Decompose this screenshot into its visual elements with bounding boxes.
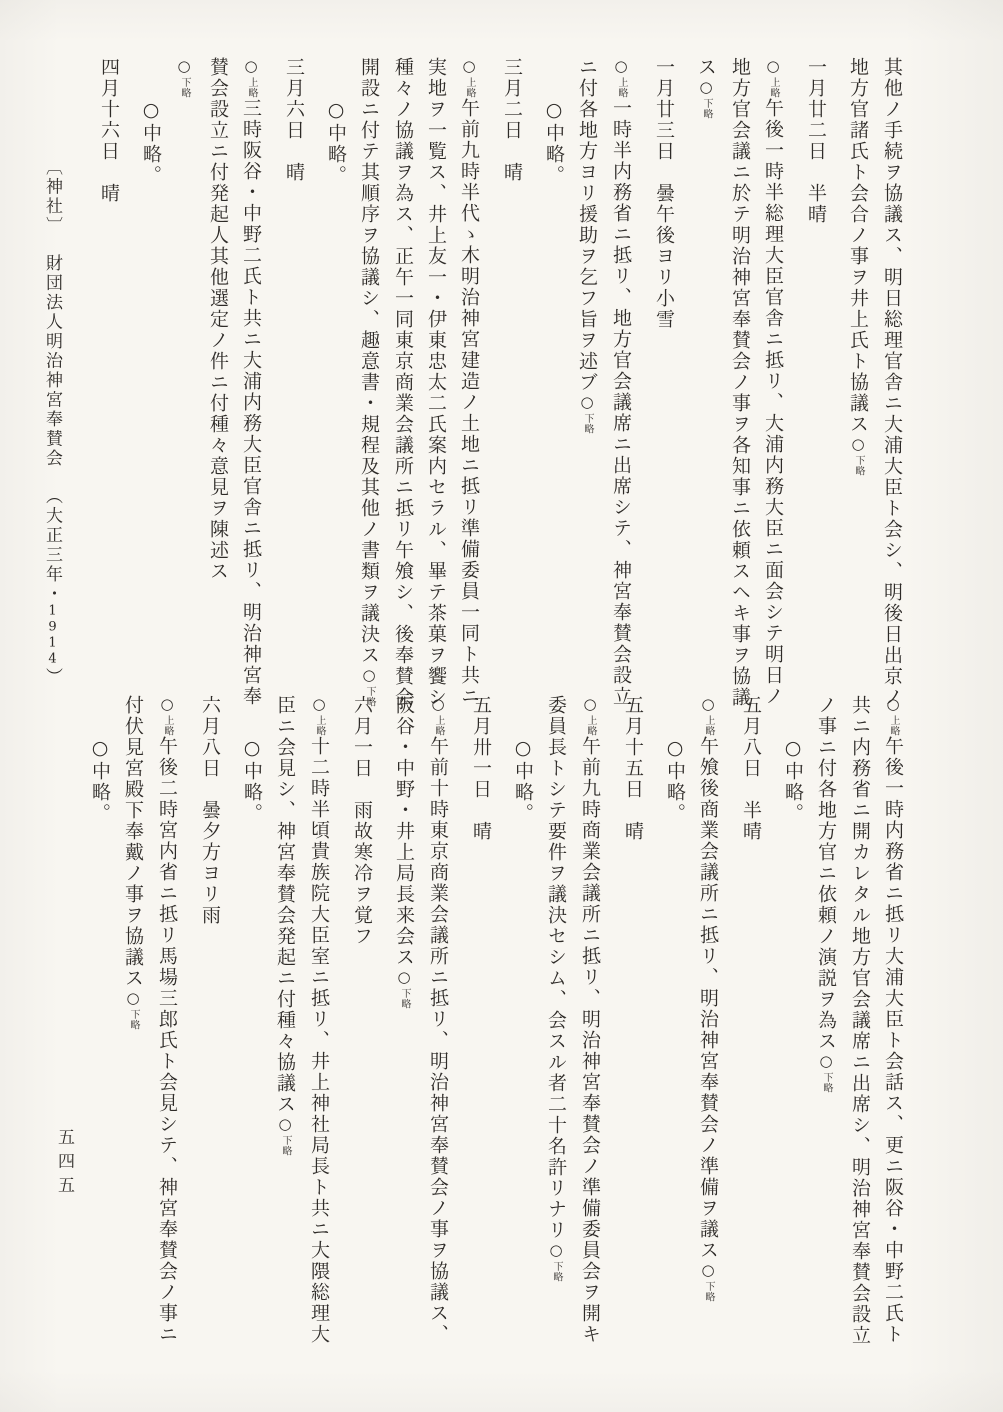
omission-marker: ○ [175, 57, 193, 77]
omission-column: ○中略。 [319, 57, 352, 699]
omission-note: 下略 [128, 1009, 139, 1030]
omission-marker: ○ [395, 968, 413, 988]
omission-marker: ○ [276, 1115, 294, 1135]
omission-marker: ○ [581, 695, 599, 715]
omission-column: ○中略。 [235, 695, 268, 1337]
journal-entry-column: 阪谷・中野・井上局長来会ス○下略 [387, 695, 421, 1337]
omission-note: 下略 [399, 988, 410, 1009]
omission-note: 上略 [616, 77, 627, 98]
omission-note: 下略 [179, 77, 190, 98]
text-segment: 三時阪谷・中野二氏ト共ニ大浦内務大臣官舎ニ抵リ、明治神宮奉 [240, 98, 262, 707]
date-column: 六月八日 曇夕方ヨリ雨 [193, 695, 226, 1337]
text-segment: 〔神社〕 [42, 158, 62, 236]
omission-note: 下略 [853, 455, 864, 476]
omission-marker: ○ [849, 435, 867, 455]
journal-entry-column: ○上略午前十時東京商業会議所ニ抵リ、明治神宮奉賛会ノ事ヲ協議ス、 [421, 695, 455, 1337]
text-segment: 共ニ内務省ニ開カレタル地方官会議席ニ出席シ、明治神宮奉賛会設立 [849, 695, 871, 1346]
journal-entry-column: ○上略十二時半頃貴族院大臣室ニ抵リ、井上神社局長ト共ニ大隈総理大 [302, 695, 336, 1337]
text-segment: 午前十時東京商業会議所ニ抵リ、明治神宮奉賛会ノ事ヲ協議ス、 [427, 736, 449, 1345]
journal-entry-column: 委員長トシテ要件ヲ議決セシム、会スル者二十名許リナリ○下略 [539, 695, 573, 1337]
omission-note: 上略 [314, 715, 325, 736]
omission-marker: ○ [697, 78, 715, 98]
journal-entry-column: 地方官諸氏ト会合ノ事ヲ井上氏ト協議ス○下略 [841, 57, 875, 699]
text-segment: 四月十六日 晴 [98, 57, 120, 204]
omission-marker: ○ [310, 695, 328, 715]
text-segment: ノ事ニ付各地方官ニ依頼ノ演説ヲ為ス [815, 695, 837, 1052]
omission-note: 上略 [585, 715, 596, 736]
text-segment: 財団法人明治神宮奉賛会 [42, 254, 62, 469]
text-segment: 付伏見宮殿下奉戴ノ事ヲ協議ス [122, 695, 144, 989]
date-column: 六月一日 雨故寒冷ヲ覚フ [345, 695, 378, 1337]
text-segment: ○中略。 [543, 99, 565, 186]
omission-marker: ○ [124, 989, 142, 1009]
text-segment: 十二時半頃貴族院大臣室ニ抵リ、井上神社局長ト共ニ大隈総理大 [308, 736, 330, 1345]
journal-entry-column: ニ付各地方ヨリ援助ヲ乞フ旨ヲ述ブ○下略 [570, 57, 604, 699]
journal-entry-column: 種々ノ協議ヲ為ス、正午一同東京商業会議所ニ抵リ午飧シ、後奉賛会 [386, 57, 419, 699]
omission-note: 下略 [582, 413, 593, 434]
omission-column: ○中略。 [134, 57, 167, 699]
top-text-band: 其他ノ手続ヲ協議ス、明日総理官舎ニ大浦大臣ト会シ、明後日出京ノ地方官諸氏ト会合ノ… [83, 57, 908, 699]
text-segment: 三月六日 晴 [283, 57, 305, 183]
text-segment: 其他ノ手続ヲ協議ス、明日総理官舎ニ大浦大臣ト会シ、明後日出京ノ [881, 57, 903, 708]
journal-entry-column: ○上略三時阪谷・中野二氏ト共ニ大浦内務大臣官舎ニ抵リ、明治神宮奉 [234, 57, 268, 699]
journal-entry-column: 開設ニ付テ其順序ヲ協議シ、趣意書・規程及其他ノ書類ヲ議決ス○下略 [352, 57, 386, 699]
page-number: 五四五 [52, 1128, 77, 1200]
omission-marker: ○ [699, 1261, 717, 1281]
journal-entry-column: 臣ニ会見シ、神宮奉賛会発起ニ付種々協議ス○下略 [268, 695, 302, 1337]
journal-entry-column: 実地ヲ一覧ス、井上友一・伊東忠太二氏案内セラル、畢テ茶菓ヲ饗シ [419, 57, 452, 699]
text-segment: 実地ヲ一覧ス、井上友一・伊東忠太二氏案内セラル、畢テ茶菓ヲ饗シ [425, 57, 447, 708]
omission-marker: ○ [360, 666, 378, 686]
date-column: 一月廿三日 曇午後ヨリ小雪 [647, 57, 680, 699]
omission-column: ○中略。 [83, 695, 116, 1337]
omission-marker: ○ [699, 695, 717, 715]
omission-marker: ○ [242, 57, 260, 77]
journal-entry-column: 其他ノ手続ヲ協議ス、明日総理官舎ニ大浦大臣ト会シ、明後日出京ノ [875, 57, 908, 699]
text-segment: ○中略。 [241, 737, 263, 824]
text-segment: ） [42, 668, 62, 688]
omission-note: 上略 [433, 715, 444, 736]
text-segment: 種々ノ協議ヲ為ス、正午一同東京商業会議所ニ抵リ午飧シ、後奉賛会 [392, 57, 414, 708]
text-segment: 一時半内務省ニ抵リ、地方官会議席ニ出席シテ、神宮奉賛会設立 [610, 98, 632, 707]
text-segment: 賛会設立ニ付発起人其他選定ノ件ニ付種々意見ヲ陳述ス [207, 57, 229, 582]
date-column: 五月十五日 晴 [616, 695, 649, 1337]
journal-entry-column: 地方官会議ニ於テ明治神宮奉賛会ノ事ヲ各知事ニ依頼スヘキ事ヲ協議 [723, 57, 756, 699]
omission-column: ○中略。 [776, 695, 809, 1337]
text-segment: 五月八日 半晴 [740, 695, 762, 842]
text-segment: 地方官諸氏ト会合ノ事ヲ井上氏ト協議ス [847, 57, 869, 435]
text-segment: ○中略。 [325, 99, 347, 186]
omission-note: 上略 [888, 715, 899, 736]
text-segment: （大正三年・ [42, 487, 62, 604]
omission-column: ○中略。 [506, 695, 539, 1337]
text-segment: 地方官会議ニ於テ明治神宮奉賛会ノ事ヲ各知事ニ依頼スヘキ事ヲ協議 [729, 57, 751, 708]
journal-entry-column: ○上略午前九時半代ゝ木明治神宮建造ノ土地ニ抵リ準備委員一同ト共ニ [452, 57, 486, 699]
journal-entry-column: ○上略午後一時内務省ニ抵リ大浦大臣ト会話ス、更ニ阪谷・中野二氏ト [876, 695, 910, 1337]
journal-entry-column: ○下略 [167, 57, 201, 699]
omission-marker: ○ [884, 695, 902, 715]
text-segment: ○中略。 [782, 737, 804, 824]
text-segment: 三月二日 晴 [501, 57, 523, 183]
omission-marker: ○ [612, 57, 630, 77]
journal-entry-column: ○上略一時半内務省ニ抵リ、地方官会議席ニ出席シテ、神宮奉賛会設立 [604, 57, 638, 699]
text-segment: ○中略。 [140, 99, 162, 186]
text-segment: 六月八日 曇夕方ヨリ雨 [199, 695, 221, 926]
omission-marker: ○ [578, 393, 596, 413]
date-column: 五月八日 半晴 [734, 695, 767, 1337]
omission-note: 上略 [162, 715, 173, 736]
journal-entry-column: ス○下略 [689, 57, 723, 699]
omission-marker: ○ [547, 1241, 565, 1261]
bottom-text-band: ○上略午後一時内務省ニ抵リ大浦大臣ト会話ス、更ニ阪谷・中野二氏ト共ニ内務省ニ開カ… [83, 695, 910, 1337]
text-segment: 臣ニ会見シ、神宮奉賛会発起ニ付種々協議ス [274, 695, 296, 1115]
text-segment: 一月廿三日 曇午後ヨリ小雪 [653, 57, 675, 330]
omission-note: 上略 [246, 77, 257, 98]
text-segment: ス [695, 57, 717, 78]
scanned-book-page: { "page": { "paper_color": "#f8f6f1", "i… [0, 0, 1003, 1412]
omission-note: 上略 [768, 77, 779, 98]
running-title: 〔神社〕財団法人明治神宮奉賛会（大正三年・1914） [40, 158, 65, 687]
date-column: 三月六日 晴 [277, 57, 310, 699]
date-column: 五月卅一日 晴 [464, 695, 497, 1337]
omission-note: 下略 [280, 1135, 291, 1156]
omission-column: ○中略。 [537, 57, 570, 699]
journal-entry-column: ○上略午後一時半総理大臣官舎ニ抵リ、大浦内務大臣ニ面会シテ明日ノ [756, 57, 790, 699]
omission-column: ○中略。 [658, 695, 691, 1337]
text-segment: 午前九時半代ゝ木明治神宮建造ノ土地ニ抵リ準備委員一同ト共ニ [458, 98, 480, 707]
journal-entry-column: 付伏見宮殿下奉戴ノ事ヲ協議ス○下略 [116, 695, 150, 1337]
text-segment: 午後一時半総理大臣官舎ニ抵リ、大浦内務大臣ニ面会シテ明日ノ [762, 98, 784, 707]
text-segment: 五月卅一日 晴 [470, 695, 492, 842]
text-segment: 一月廿二日 半晴 [805, 57, 827, 225]
text-segment: 六月一日 雨故寒冷ヲ覚フ [351, 695, 373, 947]
journal-entry-column: ○上略午飧後商業会議所ニ抵リ、明治神宮奉賛会ノ準備ヲ議ス○下略 [691, 695, 725, 1337]
text-segment: 委員長トシテ要件ヲ議決セシム、会スル者二十名許リナリ [545, 695, 567, 1241]
omission-note: 下略 [821, 1072, 832, 1093]
text-segment: ○中略。 [89, 737, 111, 824]
date-column: 三月二日 晴 [495, 57, 528, 699]
text-segment: 午前九時商業会議所ニ抵リ、明治神宮奉賛会ノ準備委員会ヲ開キ [579, 736, 601, 1345]
date-column: 一月廿二日 半晴 [799, 57, 832, 699]
omission-marker: ○ [158, 695, 176, 715]
text-segment: 五月十五日 晴 [622, 695, 644, 842]
omission-marker: ○ [460, 57, 478, 77]
omission-note: 上略 [703, 715, 714, 736]
text-segment: ニ付各地方ヨリ援助ヲ乞フ旨ヲ述ブ [576, 57, 598, 393]
omission-marker: ○ [429, 695, 447, 715]
omission-note: 上略 [464, 77, 475, 98]
text-segment: 午飧後商業会議所ニ抵リ、明治神宮奉賛会ノ準備ヲ議ス [697, 736, 719, 1261]
omission-note: 下略 [551, 1261, 562, 1282]
text-segment: 開設ニ付テ其順序ヲ協議シ、趣意書・規程及其他ノ書類ヲ議決ス [358, 57, 380, 666]
text-segment: 午後二時宮内省ニ抵リ馬場三郎氏ト会見シテ、神宮奉賛会ノ事ニ [156, 736, 178, 1345]
text-segment: 1914 [45, 604, 60, 668]
journal-entry-column: 共ニ内務省ニ開カレタル地方官会議席ニ出席シ、明治神宮奉賛会設立 [843, 695, 876, 1337]
journal-entry-column: ○上略午後二時宮内省ニ抵リ馬場三郎氏ト会見シテ、神宮奉賛会ノ事ニ [150, 695, 184, 1337]
text-segment: 午後一時内務省ニ抵リ大浦大臣ト会話ス、更ニ阪谷・中野二氏ト [882, 736, 904, 1345]
omission-marker: ○ [764, 57, 782, 77]
omission-marker: ○ [817, 1052, 835, 1072]
text-segment: 阪谷・中野・井上局長来会ス [393, 695, 415, 968]
journal-entry-column: ○上略午前九時商業会議所ニ抵リ、明治神宮奉賛会ノ準備委員会ヲ開キ [573, 695, 607, 1337]
journal-entry-column: ノ事ニ付各地方官ニ依頼ノ演説ヲ為ス○下略 [809, 695, 843, 1337]
date-column: 四月十六日 晴 [92, 57, 125, 699]
omission-note: 下略 [703, 1281, 714, 1302]
text-segment: ○中略。 [664, 737, 686, 824]
text-segment: ○中略。 [512, 737, 534, 824]
journal-entry-column: 賛会設立ニ付発起人其他選定ノ件ニ付種々意見ヲ陳述ス [201, 57, 234, 699]
omission-note: 下略 [701, 98, 712, 119]
